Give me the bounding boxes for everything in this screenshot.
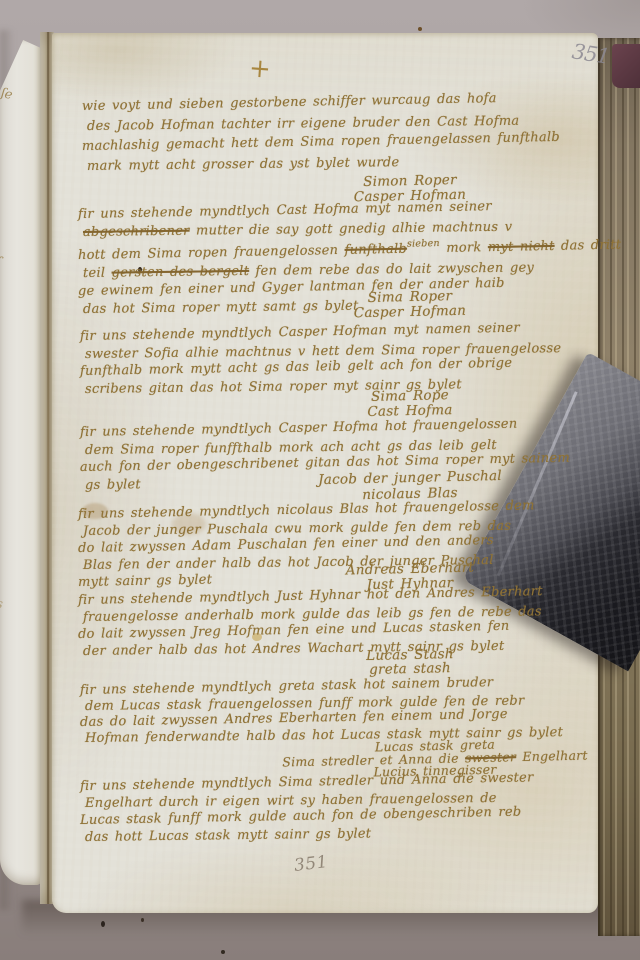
table-speck	[221, 950, 225, 954]
folio-number-bottom: 351	[293, 852, 329, 876]
entry-paragraph: fir uns stehende myndtlych Sima stredler…	[80, 778, 534, 846]
handwritten-text: sieben	[407, 238, 440, 250]
table-speck	[101, 921, 105, 927]
struck-text: abgeschribener	[83, 224, 190, 240]
handwritten-text: wie voyt und sieben gestorbene schiffer …	[82, 91, 497, 114]
handwritten-text: mytt sainr gs bylet	[78, 572, 212, 590]
struck-text: gersten des bergelt	[112, 264, 250, 281]
struck-text: funfthalb	[344, 242, 407, 258]
handwritten-text: fir uns stehende myndtlych Cast Hofma my…	[78, 199, 492, 222]
handwritten-text: teil	[83, 266, 112, 281]
handwritten-text: mork	[440, 240, 488, 256]
handwritten-text: Casper Hofman	[354, 303, 467, 322]
struck-text: myt nicht	[488, 239, 555, 255]
signature-block: Lucas Stashgreta stash	[250, 648, 570, 676]
handwritten-text: mark mytt acht grosser das yst bylet wur…	[87, 155, 400, 174]
handwritten-text: das dritt	[554, 238, 621, 254]
handwritten-text: gs bylet	[85, 477, 141, 493]
manuscript-text: wie voyt und sieben gestorbene schiffer …	[0, 0, 640, 960]
signature-block: Sima RoperCasper Hofman	[250, 290, 570, 320]
photograph-of-manuscript: { "marks": { "invocation_cross": "+" }, …	[0, 0, 640, 960]
handwritten-text: das hott Lucas stask mytt sainr gs bylet	[85, 826, 371, 844]
table-speck	[141, 918, 144, 922]
invocation-cross: +	[248, 53, 272, 84]
handwritten-text: hott dem Sima ropen frauengelossen	[78, 243, 345, 263]
entry-paragraph: wie voyt und sieben gestorbene schiffer …	[82, 97, 560, 177]
